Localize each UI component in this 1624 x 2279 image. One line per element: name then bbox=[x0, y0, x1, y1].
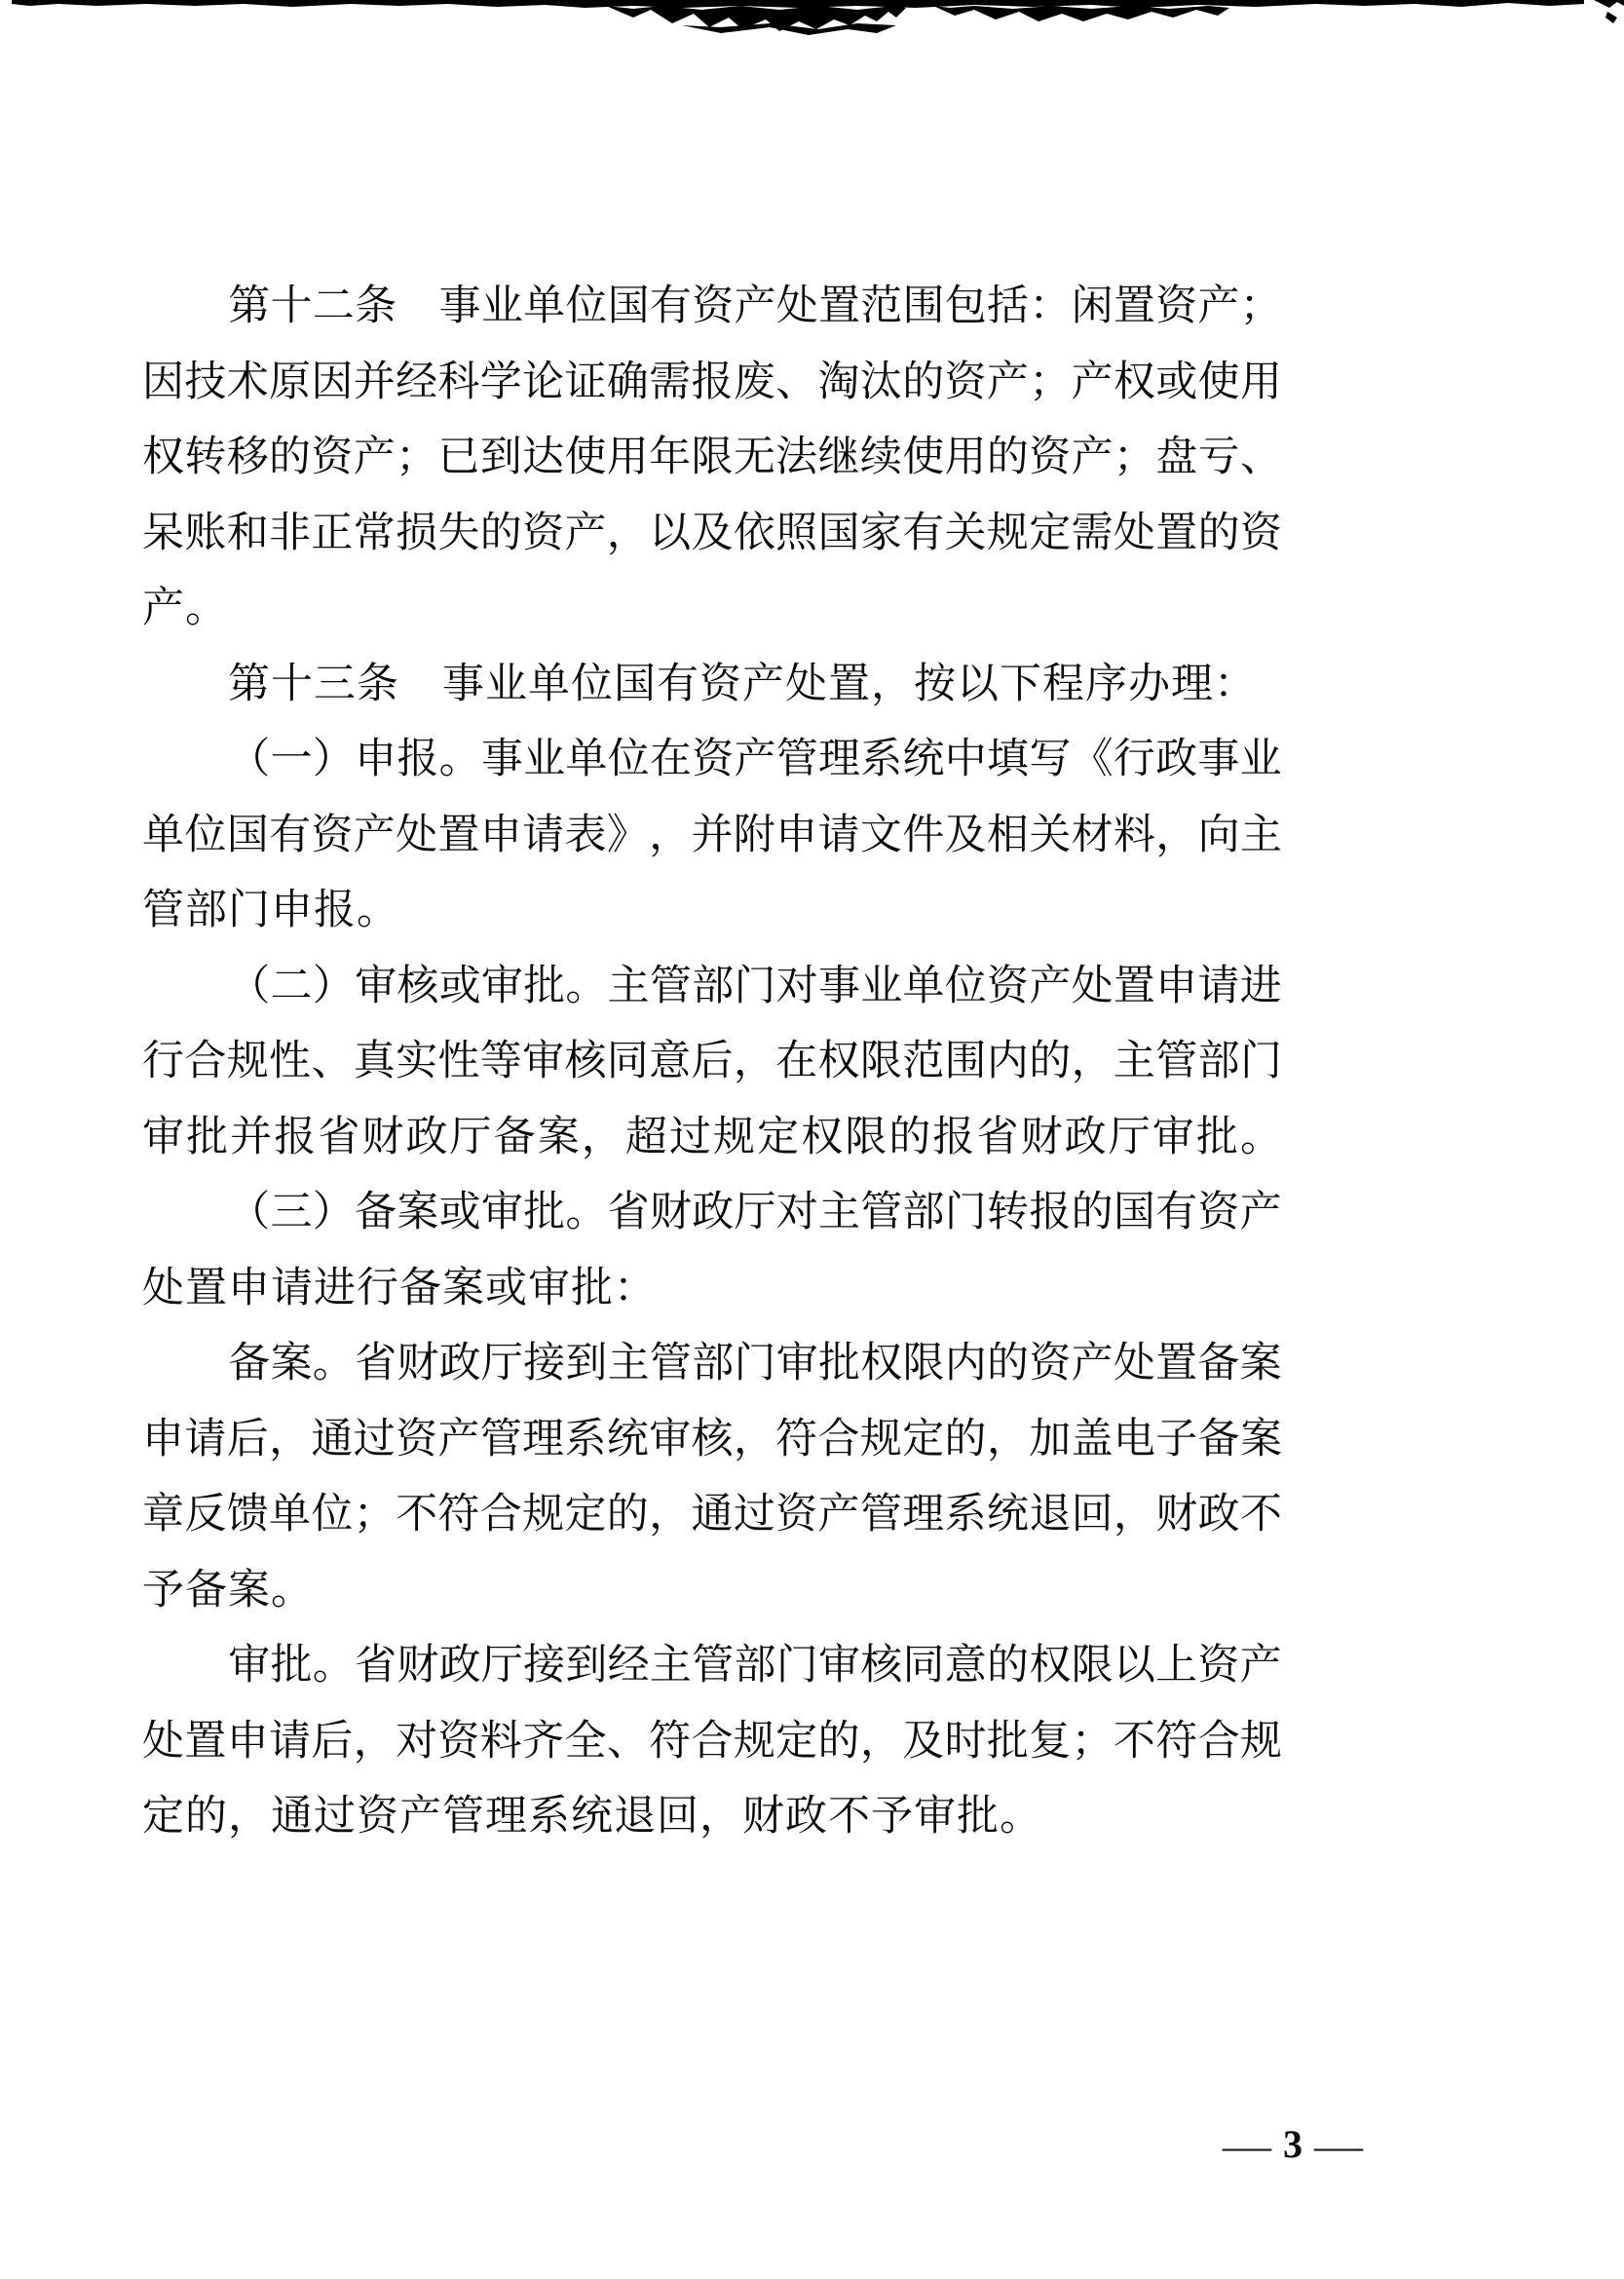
text-line: 申请后，通过资产管理系统审核，符合规定的，加盖电子备案 bbox=[142, 1398, 1282, 1474]
text-line: 备案。省财政厅接到主管部门审批权限内的资产处置备案 bbox=[142, 1322, 1282, 1398]
text-line: 审批并报省财政厅备案，超过规定权限的报省财政厅审批。 bbox=[142, 1096, 1282, 1172]
text-line: 管部门申报。 bbox=[142, 869, 1282, 945]
text-line: 呆账和非正常损失的资产，以及依照国家有关规定需处置的资 bbox=[142, 492, 1282, 568]
text-line: （二）审核或审批。主管部门对事业单位资产处置申请进 bbox=[142, 945, 1282, 1021]
text-line: 审批。省财政厅接到经主管部门审核同意的权限以上资产 bbox=[142, 1624, 1282, 1700]
text-line: 处置申请进行备案或审批： bbox=[142, 1247, 1282, 1323]
text-line: 因技术原因并经科学论证确需报废、淘汰的资产；产权或使用 bbox=[142, 341, 1282, 417]
text-line: 权转移的资产；已到达使用年限无法继续使用的资产；盘亏、 bbox=[142, 416, 1282, 492]
text-line: 处置申请后，对资料齐全、符合规定的，及时批复；不符合规 bbox=[142, 1700, 1282, 1776]
text-line: 第十二条 事业单位国有资产处置范围包括：闲置资产； bbox=[142, 265, 1282, 341]
document-page: 第十二条 事业单位国有资产处置范围包括：闲置资产；因技术原因并经科学论证确需报废… bbox=[0, 0, 1624, 2279]
document-body: 第十二条 事业单位国有资产处置范围包括：闲置资产；因技术原因并经科学论证确需报废… bbox=[142, 265, 1282, 1851]
text-line: （三）备案或审批。省财政厅对主管部门转报的国有资产 bbox=[142, 1171, 1282, 1247]
text-line: 行合规性、真实性等审核同意后，在权限范围内的，主管部门 bbox=[142, 1020, 1282, 1096]
page-number: 3 bbox=[1283, 2121, 1303, 2171]
text-line: 章反馈单位；不符合规定的，通过资产管理系统退回，财政不 bbox=[142, 1473, 1282, 1549]
page-number-dash-left: — bbox=[1223, 2123, 1271, 2169]
text-line: 第十三条 事业单位国有资产处置，按以下程序办理： bbox=[142, 643, 1282, 719]
text-line: 定的，通过资产管理系统退回，财政不予审批。 bbox=[142, 1775, 1282, 1851]
text-line: 产。 bbox=[142, 567, 1282, 643]
text-line: 单位国有资产处置申请表》，并附申请文件及相关材料，向主 bbox=[142, 794, 1282, 870]
scan-artifact-top bbox=[0, 0, 1624, 47]
page-number-dash-right: — bbox=[1314, 2123, 1363, 2169]
text-line: 予备案。 bbox=[142, 1549, 1282, 1625]
page-footer: — 3 — bbox=[1227, 2120, 1358, 2171]
text-line: （一）申报。事业单位在资产管理系统中填写《行政事业 bbox=[142, 718, 1282, 794]
